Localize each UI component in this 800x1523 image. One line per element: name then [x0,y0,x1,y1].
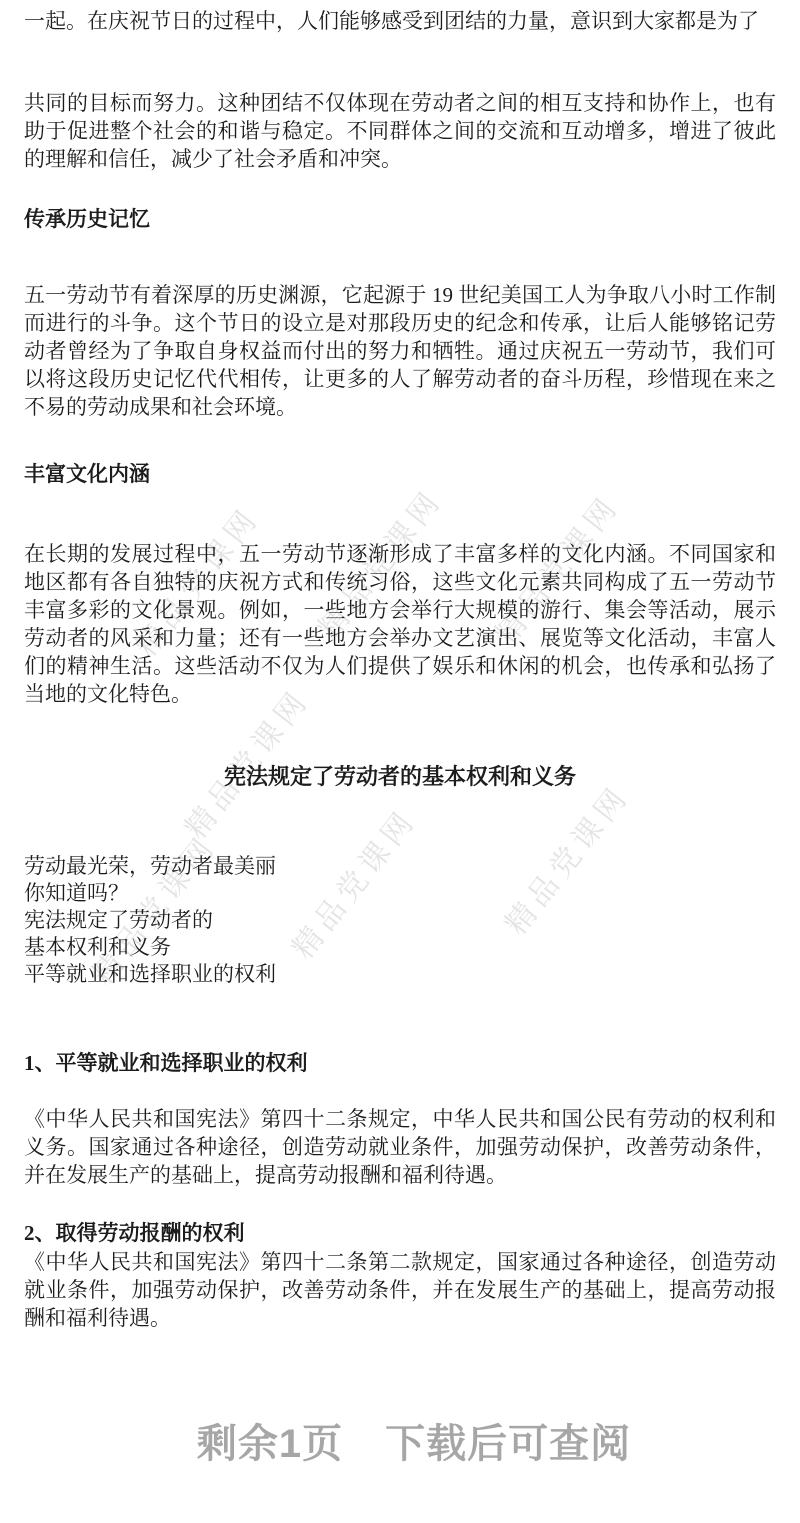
intro-line: 劳动最光荣，劳动者最美丽 [24,853,776,880]
paragraph-right2: 《中华人民共和国宪法》第四十二条第二款规定，国家通过各种途径，创造劳动就业条件，… [24,1248,776,1332]
intro-line: 基本权利和义务 [24,934,776,961]
paragraph-right1: 《中华人民共和国宪法》第四十二条规定，中华人民共和国公民有劳动的权利和义务。国家… [24,1105,776,1189]
remaining-pages-label: 剩余1页 [197,1422,343,1466]
section-heading-culture: 丰富文化内涵 [24,461,776,487]
document-preview-page: 精品党课网 精品党课网 精品党课网 精品党课网 精品党课网 精品党课网 精品党课… [0,0,800,1523]
section-heading-history: 传承历史记忆 [24,206,776,232]
intro-lines-group: 劳动最光荣，劳动者最美丽 你知道吗？ 宪法规定了劳动者的 基本权利和义务 平等就… [24,853,776,988]
intro-line: 平等就业和选择职业的权利 [24,961,776,988]
paragraph-culture: 在长期的发展过程中，五一劳动节逐渐形成了丰富多样的文化内涵。不同国家和地区都有各… [24,540,776,708]
centered-title-constitution: 宪法规定了劳动者的基本权利和义务 [24,764,776,790]
preview-footer: 剩余1页 下载后可查阅 [14,1422,800,1466]
paragraph-unity: 共同的目标而努力。这种团结不仅体现在劳动者之间的相互支持和协作上，也有助于促进整… [24,89,776,173]
paragraph-history: 五一劳动节有着深厚的历史渊源，它起源于 19 世纪美国工人为争取八小时工作制而进… [24,281,776,421]
intro-line: 宪法规定了劳动者的 [24,907,776,934]
numbered-heading-right2: 2、取得劳动报酬的权利 [24,1220,776,1246]
numbered-heading-right1: 1、平等就业和选择职业的权利 [24,1050,776,1076]
intro-line: 你知道吗？ [24,880,776,907]
download-hint-label: 下载后可查阅 [385,1422,631,1466]
paragraph-continuation: 一起。在庆祝节日的过程中，人们能够感受到团结的力量，意识到大家都是为了 [24,7,776,35]
